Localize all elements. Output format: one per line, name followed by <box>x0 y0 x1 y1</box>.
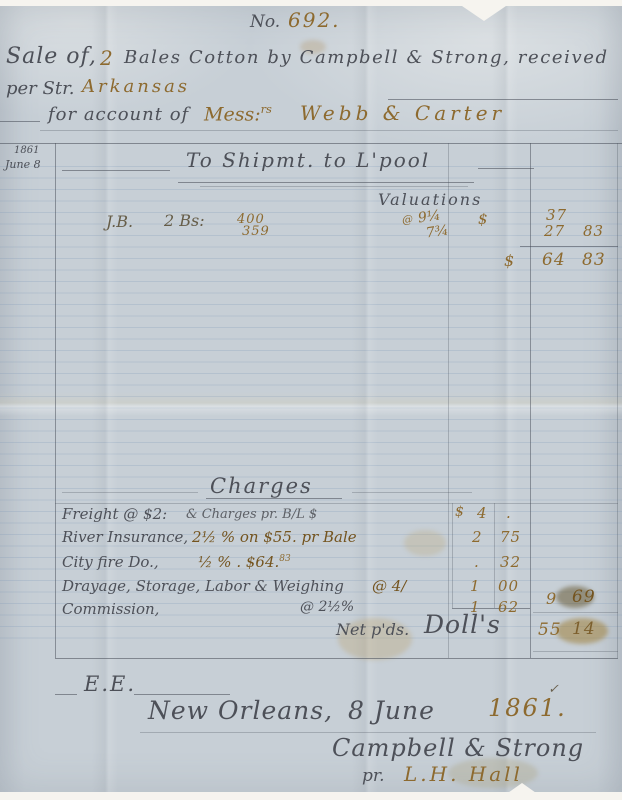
charges-amount-box-divider <box>494 503 495 608</box>
charges-total-cents: 69 <box>572 587 596 607</box>
signature-per: pr. <box>362 766 385 786</box>
charges-total-dollars: 9 <box>546 589 557 608</box>
charges-top-line <box>55 503 618 504</box>
sale-line-post: Bales Cotton by Campbell & Strong, recei… <box>124 47 609 68</box>
charge-row-detail: 2½ % on $55. pr Bale <box>192 528 357 546</box>
account-name: Webb & Carter <box>300 101 505 125</box>
blank-line-rule <box>0 121 40 122</box>
charge-row-cents: 00 <box>498 577 519 595</box>
net-proceeds-label-big: Doll's <box>424 610 501 639</box>
dateline-day: 8 June <box>348 696 435 725</box>
charge-row-cents: 32 <box>500 553 521 571</box>
charge-row-label: Commission, <box>62 600 159 618</box>
account-line-pre: for account of <box>48 104 189 125</box>
charge-row-cents: 75 <box>500 528 521 546</box>
charge-row-detail: ½ % . $64.83 <box>198 553 291 571</box>
sum-line <box>520 246 618 247</box>
net-proceeds-cents: 14 <box>572 619 596 639</box>
charges-dash-left <box>62 492 198 493</box>
amount-column-line <box>530 143 531 658</box>
charge-row-label: Drayage, Storage, Labor & Weighing <box>62 577 344 595</box>
entry-currency: $ <box>478 210 488 228</box>
charge-row-label: Freight @ $2: <box>62 505 167 523</box>
charge-row-label: City fire Do., <box>62 553 159 571</box>
sale-quantity: 2 <box>100 46 113 70</box>
charge-row-currency: $ <box>455 504 464 520</box>
document-number-label: No. <box>250 12 280 32</box>
dateline-place: New Orleans, <box>148 696 333 725</box>
entry-weight-2: 359 <box>242 224 270 239</box>
charges-amount-box-left <box>452 503 453 608</box>
entry-rate-prefix: @ <box>401 212 414 226</box>
table-border-left <box>55 143 56 658</box>
subtotal-cents: 83 <box>582 250 606 270</box>
ee-line <box>134 694 230 695</box>
heading-dash-left <box>62 170 170 171</box>
charge-row-detail: @ 4/ <box>372 577 406 595</box>
heading-underline-2 <box>200 186 468 187</box>
charge-row-dollars: . <box>474 553 480 571</box>
shipment-heading: To Shipmt. to L'pool <box>186 148 430 172</box>
blank-line-rule <box>388 99 618 100</box>
stain <box>404 530 446 556</box>
vessel-name: Arkansas <box>82 76 190 97</box>
subtotal-dollars: 64 <box>542 250 566 270</box>
subtotal-currency: $ <box>504 251 514 270</box>
entry-bales: 2 Bs: <box>164 211 205 230</box>
table-border-right <box>617 143 618 658</box>
charge-row-label: River Insurance, <box>62 528 188 546</box>
entry-amount-2-cents: 83 <box>583 222 604 240</box>
valuations-label: Valuations <box>378 190 482 209</box>
signature-signer: L.H. Hall <box>404 762 523 786</box>
heading-dash-right <box>478 168 534 169</box>
margin-year: 1861 <box>14 145 39 156</box>
entry-rate-2: 7¾ <box>425 223 449 242</box>
sale-line-pre: Sale of, <box>6 44 97 69</box>
scanned-document: No. 692. Sale of, 2 Bales Cotton by Camp… <box>0 0 622 800</box>
document-number: 692. <box>288 8 341 32</box>
net-proceeds-label: Net p'ds. <box>336 620 409 639</box>
dateline-underline <box>140 732 596 733</box>
totals-line <box>533 612 618 613</box>
signature-firm: Campbell & Strong <box>332 734 584 762</box>
errors-excepted-mark: E.E. <box>84 672 136 696</box>
charge-row-dollars: 1 <box>470 577 481 595</box>
net-underline <box>533 651 618 652</box>
table-column-line <box>448 143 449 658</box>
account-messrs: Mess:rs <box>204 102 272 125</box>
charge-row-cents: . <box>506 504 512 522</box>
heading-underline <box>178 182 474 183</box>
charge-row-detail: @ 2½% <box>300 599 354 615</box>
entry-amount-2-dollars: 27 <box>544 222 565 240</box>
charge-row-dollars: 4 <box>477 504 488 522</box>
charges-underline <box>206 498 342 499</box>
charges-dash-right <box>352 492 472 493</box>
charge-row-detail: & Charges pr. B/L $ <box>186 507 317 522</box>
net-proceeds-dollars: 55 <box>538 620 562 640</box>
charges-heading: Charges <box>210 474 313 498</box>
torn-edge-notch <box>462 6 506 21</box>
vessel-line-pre: per Str. <box>6 78 74 99</box>
entry-mark: J.B. <box>106 212 133 231</box>
dateline-year: 1861. <box>488 694 567 722</box>
charge-row-cents: 62 <box>498 598 519 616</box>
table-border-bottom <box>55 658 618 659</box>
charge-row-dollars: 2 <box>472 528 483 546</box>
account-underline <box>40 130 618 131</box>
ee-dash <box>55 694 77 695</box>
table-border-top <box>0 143 622 144</box>
margin-date: June 8 <box>5 158 41 171</box>
